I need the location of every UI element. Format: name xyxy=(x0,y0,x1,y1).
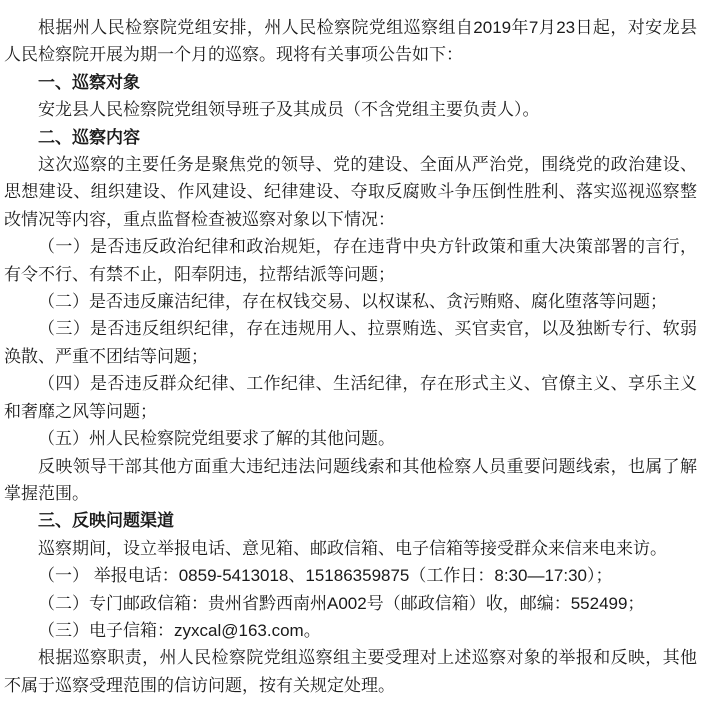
paragraph: 根据巡察职责，州人民检察院党组巡察组主要受理对上述巡察对象的举报和反映，其他不属… xyxy=(4,644,697,699)
paragraph: （二）是否违反廉洁纪律，存在权钱交易、以权谋私、贪污贿赂、腐化堕落等问题； xyxy=(4,288,697,315)
paragraph: 这次巡察的主要任务是聚焦党的领导、党的建设、全面从严治党，围绕党的政治建设、思想… xyxy=(4,151,697,233)
paragraph: （五）州人民检察院党组要求了解的其他问题。 xyxy=(4,425,697,452)
section-report-channels: 三、反映问题渠道 巡察期间，设立举报电话、意见箱、邮政信箱、电子信箱等接受群众来… xyxy=(4,507,697,699)
paragraph: （四）是否违反群众纪律、工作纪律、生活纪律，存在形式主义、官僚主义、享乐主义和奢… xyxy=(4,370,697,425)
paragraph-postal-box: （二）专门邮政信箱：贵州省黔西南州A002号（邮政信箱）收，邮编：552499； xyxy=(4,590,697,617)
section-inspection-target: 一、巡察对象 安龙县人民检察院党组领导班子及其成员（不含党组主要负责人）。 xyxy=(4,69,697,124)
section-heading: 二、巡察内容 xyxy=(4,124,697,151)
paragraph-report-phone: （一） 举报电话：0859-5413018、15186359875（工作日：8:… xyxy=(4,562,697,589)
section-heading: 一、巡察对象 xyxy=(4,69,697,96)
paragraph-email: （三）电子信箱：zyxcal@163.com。 xyxy=(4,617,697,644)
paragraph: 反映领导干部其他方面重大违纪违法问题线索和其他检察人员重要问题线索，也属了解掌握… xyxy=(4,453,697,508)
paragraph: （三）是否违反组织纪律，存在违规用人、拉票贿选、买官卖官，以及独断专行、软弱涣散… xyxy=(4,315,697,370)
announcement-document: 根据州人民检察院党组安排，州人民检察院党组巡察组自2019年7月23日起，对安龙… xyxy=(0,0,701,718)
paragraph: 安龙县人民检察院党组领导班子及其成员（不含党组主要负责人）。 xyxy=(4,96,697,123)
paragraph: （一）是否违反政治纪律和政治规矩，存在违背中央方针政策和重大决策部署的言行，有令… xyxy=(4,233,697,288)
intro-paragraph: 根据州人民检察院党组安排，州人民检察院党组巡察组自2019年7月23日起，对安龙… xyxy=(4,14,697,69)
section-inspection-content: 二、巡察内容 这次巡察的主要任务是聚焦党的领导、党的建设、全面从严治党，围绕党的… xyxy=(4,124,697,508)
section-heading: 三、反映问题渠道 xyxy=(4,507,697,534)
paragraph: 巡察期间，设立举报电话、意见箱、邮政信箱、电子信箱等接受群众来信来电来访。 xyxy=(4,535,697,562)
